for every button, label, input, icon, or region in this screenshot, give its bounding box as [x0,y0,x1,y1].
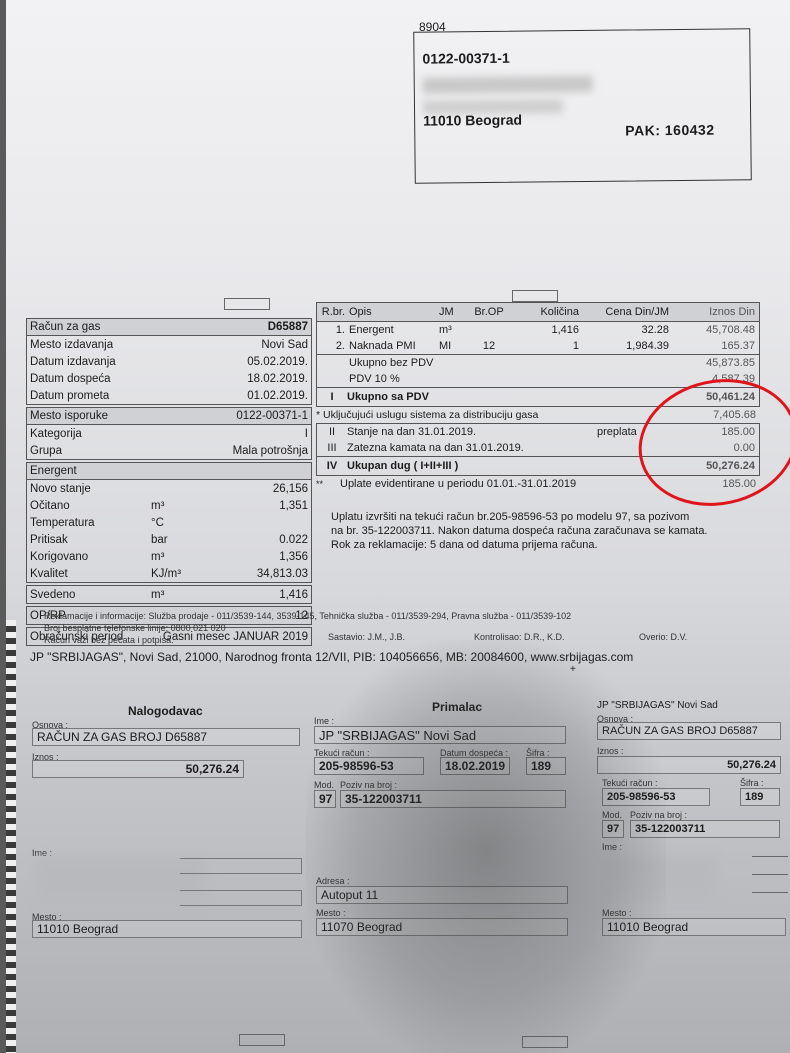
meter-value: 1,356 [279,551,308,563]
table-row: 2. Naknada PMI MI 12 1 1,984.39 165.37 [317,338,759,354]
payer-mesto-field[interactable]: 11010 Beograd [32,920,302,938]
invoice-title: Račun za gas [30,321,100,333]
payee-sifra-field[interactable]: 189 [526,757,566,775]
cell-kolicina: 1 [509,340,579,352]
payments-marker: ** [316,479,340,489]
items-body: 1. Energent m³ 1,416 32.28 45,708.48 2. … [316,322,760,355]
meter-value: 0.022 [279,534,308,546]
meter-row: Novo stanje26,156 [27,480,311,497]
info-label: Datum prometa [30,390,109,402]
total-vat-label: Ukupno sa PDV [347,391,669,403]
meter-row: Korigovanom³1,356 [27,548,311,565]
gas-bill-paper: 8904 0122-00371-1 11010 Beograd PAK: 160… [6,0,790,1053]
info-label: Datum izdavanja [30,356,116,368]
payee-mesto-label: Mesto : [316,908,346,918]
energent-details: Energent Novo stanje26,156 Očitanom³1,35… [26,462,312,583]
tablecloth-edge [6,620,16,1053]
svedeno-label: Svedeno [30,589,75,601]
recipient-pak: PAK: 160432 [625,122,714,139]
subtotal-label: Ukupno bez PDV [349,357,669,369]
info-value: 01.02.2019. [247,390,308,402]
meter-unit: bar [151,534,168,546]
subtotal-row: Ukupno bez PDV45,873.85 [317,355,759,371]
stub-line [752,874,788,875]
instruction-line: Rok za reklamacije: 5 dana od datuma pri… [331,538,708,552]
meter-value: 26,156 [273,483,308,495]
payer-address-field[interactable] [180,890,302,906]
cell-jm: m³ [439,324,469,336]
delivery-title: Mesto isporuke [30,410,108,422]
meter-value: 34,813.03 [257,568,308,580]
stub-racun-label: Tekući račun : [602,778,658,788]
stub-mod-field[interactable]: 97 [602,820,624,838]
payments-note-label: Uplate evidentirane u periodu 01.01.-31.… [340,478,670,490]
cell-jm: MI [439,340,469,352]
meter-label: Temperatura [30,517,95,529]
stub-ime-label: Ime : [602,842,622,852]
payer-ime-field[interactable] [180,858,302,874]
verified-by: Overio: D.V. [639,632,687,642]
payee-adresa-label: Adresa : [316,876,350,886]
info-row: Datum dospeća18.02.2019. [27,370,311,387]
instruction-line: Uplatu izvršiti na tekući račun br.205-9… [331,510,708,524]
meter-value: 1,351 [279,500,308,512]
payer-iznos-field[interactable]: 50,276.24 [32,760,244,778]
stub-line [752,892,788,893]
col-opis: Opis [349,306,439,318]
meter-unit: °C [151,517,164,529]
payee-title: Primalac [432,700,482,714]
pak-label: PAK: [625,122,660,138]
redacted-name [423,76,593,94]
payee-mesto-field[interactable]: 11070 Beograd [316,918,568,936]
stub-sifra-label: Šifra : [740,778,764,788]
recipient-account: 0122-00371-1 [422,50,509,67]
info-row: GrupaMala potrošnja [27,442,311,459]
roman-i: I [317,391,347,403]
payee-racun-field[interactable]: 205-98596-53 [314,757,424,775]
total-debt-label: Ukupan dug ( I+II+III ) [347,460,669,472]
roman-iii: III [317,442,347,454]
info-value: 18.02.2019. [247,373,308,385]
stub-iznos-field[interactable]: 50,276.24 [597,756,781,774]
items-header: R.br. Opis JM Br.OP Količina Cena Din/JM… [316,302,760,322]
interest-label: Zatezna kamata na dan 31.01.2019. [347,442,669,454]
stub-line [752,856,788,857]
payee-ime-label: Ime : [314,716,334,726]
stub-iznos-label: Iznos : [597,746,624,756]
meter-unit: m³ [151,551,164,563]
payee-dospece-field[interactable]: 18.02.2019 [440,757,510,775]
controlled-by: Kontrolisao: D.R., K.D. [474,632,565,642]
fold-mark [239,1034,285,1046]
svedeno-box: Svedenom³1,416 [26,585,312,604]
col-rbr: R.br. [317,306,349,318]
meter-unit: KJ/m³ [151,568,181,580]
company-info: JP "SRBIJAGAS", Novi Sad, 21000, Narodno… [30,650,633,664]
perforation-mark: + [570,664,576,675]
svedeno-row: Svedenom³1,416 [27,586,311,603]
meter-label: Pritisak [30,534,68,546]
info-label: Datum dospeća [30,373,111,385]
meter-row: Očitanom³1,351 [27,497,311,514]
fold-mark [224,298,270,310]
roman-ii: II [317,426,347,438]
subtotal-value: 45,873.85 [669,357,759,369]
info-value: Novi Sad [261,339,308,351]
stub-sifra-field[interactable]: 189 [740,788,780,806]
info-value: Mala potrošnja [233,445,308,457]
meter-label: Očitano [30,500,70,512]
stub-mesto-label: Mesto : [602,908,632,918]
subtotal-box: Ukupno bez PDV45,873.85 PDV 10 %4,587.39 [316,355,760,388]
payee-poziv-field[interactable]: 35-122003711 [340,790,566,808]
payer-title: Nalogodavac [128,704,203,718]
info-value: 05.02.2019. [247,356,308,368]
cell-rbr: 1. [317,324,349,336]
cell-iznos: 165.37 [669,340,759,352]
invoice-info-panel: Račun za gas D65887 Mesto izdavanjaNovi … [26,318,312,648]
contacts-line: Reklamacije i informacije: Služba prodaj… [44,610,571,622]
invoice-number: D65887 [268,321,308,333]
vat-label: PDV 10 % [349,373,669,385]
cell-rbr: 2. [317,340,349,352]
redacted-stub-name [606,856,716,900]
cell-opis: Energent [349,324,439,336]
info-row: Datum izdavanja05.02.2019. [27,353,311,370]
payer-osnova-field[interactable]: RAČUN ZA GAS BROJ D65887 [32,728,300,746]
stub-mesto-field[interactable]: 11010 Beograd [602,918,786,936]
col-brop: Br.OP [469,306,509,318]
stub-mod-label: Mod. [602,810,622,820]
info-row: Mesto izdavanjaNovi Sad [27,336,311,353]
roman-iv: IV [317,460,347,472]
payee-mod-field[interactable]: 97 [314,790,336,808]
payee-ime-field[interactable]: JP "SRBIJAGAS" Novi Sad [314,726,566,744]
info-label: Kategorija [30,428,82,440]
info-row: Datum prometa01.02.2019. [27,387,311,404]
table-row: 1. Energent m³ 1,416 32.28 45,708.48 [317,322,759,338]
energent-title: Energent [30,465,77,477]
payee-adresa-field[interactable]: Autoput 11 [316,886,568,904]
col-cena: Cena Din/JM [579,306,669,318]
stub-racun-field[interactable]: 205-98596-53 [602,788,710,806]
meter-row: Temperatura°C [27,514,311,531]
col-kolicina: Količina [509,306,579,318]
meter-label: Kvalitet [30,568,68,580]
payee-mod-label: Mod. [314,780,334,790]
recipient-city: 11010 Beograd [423,112,522,129]
payee-poziv-label: Poziv na broj : [340,780,397,790]
meter-label: Korigovano [30,551,88,563]
info-label: Grupa [30,445,62,457]
recipient-address-box: 0122-00371-1 11010 Beograd PAK: 160432 [413,28,752,184]
cell-brop: 12 [469,340,509,352]
energent-title-row: Energent [27,463,311,480]
meter-row: Pritisakbar0.022 [27,531,311,548]
balance-label: Stanje na dan 31.01.2019. [347,426,597,438]
info-row: KategorijaI [27,425,311,442]
svedeno-value: 1,416 [279,589,308,601]
pak-value: 160432 [665,122,715,139]
stub-title: JP "SRBIJAGAS" Novi Sad [597,700,718,711]
stub-poziv-label: Poziv na broj : [630,810,687,820]
meter-row: KvalitetKJ/m³34,813.03 [27,565,311,582]
delivery-details: Mesto isporuke 0122-00371-1 KategorijaI … [26,407,312,460]
cell-iznos: 45,708.48 [669,324,759,336]
cell-opis: Naknada PMI [349,340,439,352]
delivery-value: 0122-00371-1 [236,410,308,422]
cell-cena: 32.28 [579,324,669,336]
stub-poziv-field[interactable]: 35-122003711 [630,820,780,838]
distribution-note-label: * Uključujući uslugu sistema za distribu… [316,409,670,421]
cell-kolicina: 1,416 [509,324,579,336]
fold-mark [522,1036,568,1048]
meter-label: Novo stanje [30,483,91,495]
stub-osnova-field[interactable]: RAČUN ZA GAS BROJ D65887 [597,722,781,740]
svedeno-unit: m³ [151,589,164,601]
meter-unit: m³ [151,500,164,512]
instruction-line: na br. 35-122003711. Nakon datuma dospeć… [331,524,708,538]
payment-instructions: Uplatu izvršiti na tekući račun br.205-9… [331,510,708,552]
col-jm: JM [439,306,469,318]
col-iznos: Iznos Din [669,306,759,318]
invoice-title-row: Račun za gas D65887 [27,319,311,336]
info-label: Mesto izdavanja [30,339,113,351]
invoice-details: Račun za gas D65887 Mesto izdavanjaNovi … [26,318,312,405]
cell-cena: 1,984.39 [579,340,669,352]
info-value: I [305,428,308,440]
delivery-title-row: Mesto isporuke 0122-00371-1 [27,408,311,425]
fold-mark [512,290,558,302]
payer-ime-label: Ime : [32,848,52,858]
composed-by: Sastavio: J.M., J.B. [328,632,405,642]
